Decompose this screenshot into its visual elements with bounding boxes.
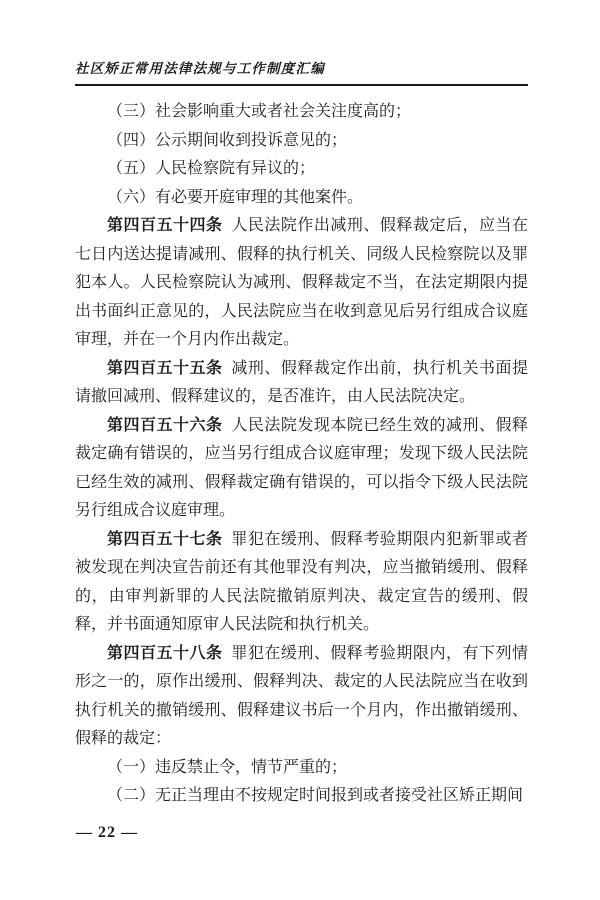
article-number: 第四百五十六条 xyxy=(107,417,223,434)
article-number: 第四百五十七条 xyxy=(107,531,223,548)
article-paragraph: 第四百五十六条人民法院发现本院已经生效的减刑、假释裁定确有错误的，应当另行组成合… xyxy=(75,412,528,526)
list-item: （二）无正当理由不按规定时间报到或者接受社区矫正期间 xyxy=(75,782,528,811)
book-page: 社区矫正常用法律法规与工作制度汇编 （三）社会影响重大或者社会关注度高的； （四… xyxy=(0,0,600,900)
page-number: — 22 — xyxy=(76,824,138,842)
header-rule xyxy=(75,84,528,86)
article-text: 人民法院作出减刑、假释裁定后，应当在七日内送达提请减刑、假释的执行机关、同级人民… xyxy=(75,217,528,348)
list-item: （一）违反禁止令，情节严重的； xyxy=(75,754,528,783)
running-header-title: 社区矫正常用法律法规与工作制度汇编 xyxy=(75,57,325,77)
list-item: （五）人民检察院有异议的； xyxy=(75,155,528,184)
article-paragraph: 第四百五十五条减刑、假释裁定作出前，执行机关书面提请撤回减刑、假释建议的，是否准… xyxy=(75,355,528,412)
list-item: （四）公示期间收到投诉意见的； xyxy=(75,127,528,156)
article-number: 第四百五十四条 xyxy=(107,217,223,234)
list-item: （三）社会影响重大或者社会关注度高的； xyxy=(75,98,528,127)
page-body: （三）社会影响重大或者社会关注度高的； （四）公示期间收到投诉意见的； （五）人… xyxy=(75,98,528,811)
article-paragraph: 第四百五十八条罪犯在缓刑、假释考验期限内，有下列情形之一的，原作出缓刑、假释判决… xyxy=(75,640,528,754)
list-item: （六）有必要开庭审理的其他案件。 xyxy=(75,184,528,213)
article-paragraph: 第四百五十四条人民法院作出减刑、假释裁定后，应当在七日内送达提请减刑、假释的执行… xyxy=(75,212,528,355)
article-number: 第四百五十八条 xyxy=(107,645,223,662)
article-number: 第四百五十五条 xyxy=(107,360,223,377)
article-paragraph: 第四百五十七条罪犯在缓刑、假释考验期限内犯新罪或者被发现在判决宣告前还有其他罪没… xyxy=(75,526,528,640)
